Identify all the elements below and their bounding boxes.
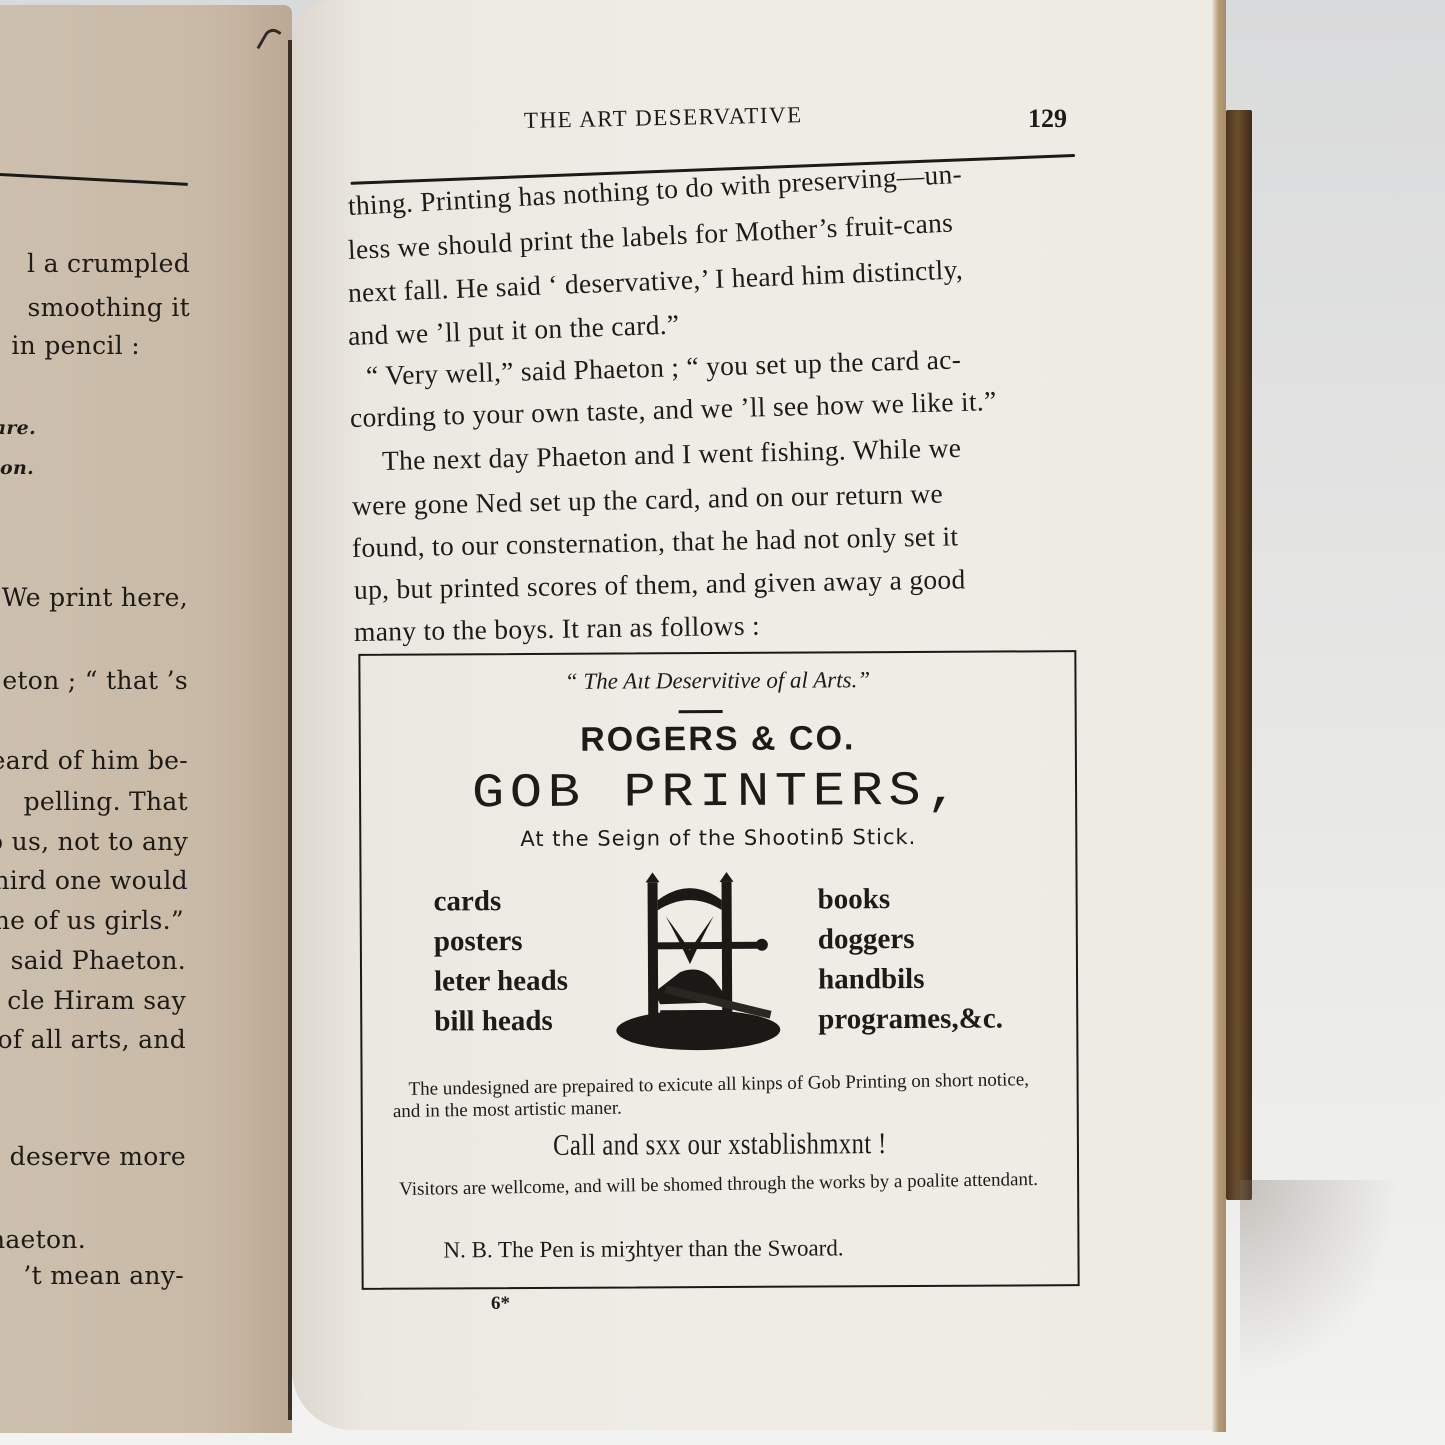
advertisement-card: “ The Aıt Deservitive of al Arts.” ROGER… bbox=[358, 650, 1079, 1290]
left-line: We print here, bbox=[2, 583, 188, 612]
left-line: said Phaeton. bbox=[11, 946, 186, 975]
left-line: ne of us girls.” bbox=[0, 906, 184, 935]
page-number: 129 bbox=[1028, 104, 1067, 134]
service-item: books bbox=[818, 879, 1003, 920]
left-line: haeton. bbox=[0, 1225, 86, 1254]
service-item: programes,&c. bbox=[818, 999, 1003, 1040]
left-line: hird one would bbox=[0, 866, 188, 895]
ad-visitors-note: Visitors are wellcome, and will be shome… bbox=[383, 1169, 1053, 1202]
service-item: cards bbox=[434, 881, 568, 922]
service-item: doggers bbox=[818, 919, 1003, 960]
service-item: posters bbox=[434, 921, 568, 962]
left-line: eard of him be- bbox=[0, 746, 188, 775]
left-line: l a crumpled bbox=[27, 249, 190, 278]
left-line: are. bbox=[0, 417, 36, 439]
printing-press-icon bbox=[609, 872, 790, 1053]
ad-headline: GOB PRINTERS, bbox=[318, 764, 1118, 822]
ad-nota-bene: N. B. The Pen is miʒhtyer than the Swoar… bbox=[443, 1235, 843, 1263]
left-page: l a crumpled smoothing it in pencil : ar… bbox=[0, 5, 292, 1433]
book-cover-edge bbox=[1226, 110, 1252, 1200]
left-line: of all arts, and bbox=[0, 1025, 186, 1054]
bookmark-thread-icon bbox=[256, 25, 281, 55]
body-line: many to the boys. It ran as follows : bbox=[354, 610, 760, 648]
left-line: on. bbox=[0, 457, 34, 479]
ad-tagline: “ The Aıt Deservitive of al Arts.” bbox=[360, 666, 1074, 696]
signature-mark: 6* bbox=[491, 1293, 510, 1315]
left-line: smoothing it bbox=[28, 293, 190, 322]
ad-services-left: cards posters leter heads bill heads bbox=[434, 881, 569, 1042]
left-line: cle Hiram say bbox=[7, 986, 186, 1015]
service-item: handbils bbox=[818, 959, 1003, 1000]
left-header-rule bbox=[0, 173, 188, 186]
service-item: bill heads bbox=[434, 1001, 568, 1042]
left-line: eton ; “ that ’s bbox=[2, 666, 188, 695]
ad-services-right: books doggers handbils programes,&c. bbox=[818, 879, 1004, 1040]
left-line: ’t mean any- bbox=[23, 1261, 184, 1290]
cover-shadow bbox=[1240, 1180, 1400, 1380]
left-line: in pencil : bbox=[11, 331, 140, 360]
left-line: pelling. That bbox=[24, 787, 188, 816]
ad-callout: Call and sxx our xstablishmxnt ! bbox=[427, 1126, 1013, 1163]
left-line: deserve more bbox=[10, 1142, 186, 1171]
page-edge-strip bbox=[1212, 0, 1226, 1432]
ad-notice: The undesigned are prepaired to exicute … bbox=[392, 1069, 1049, 1123]
ad-address: At the Seign of the Shootinƃ Stick. bbox=[361, 824, 1075, 852]
ad-divider bbox=[679, 710, 723, 713]
left-line: o us, not to any bbox=[0, 827, 188, 856]
service-item: leter heads bbox=[434, 961, 568, 1002]
ad-company-name: ROGERS & CO. bbox=[361, 718, 1075, 761]
